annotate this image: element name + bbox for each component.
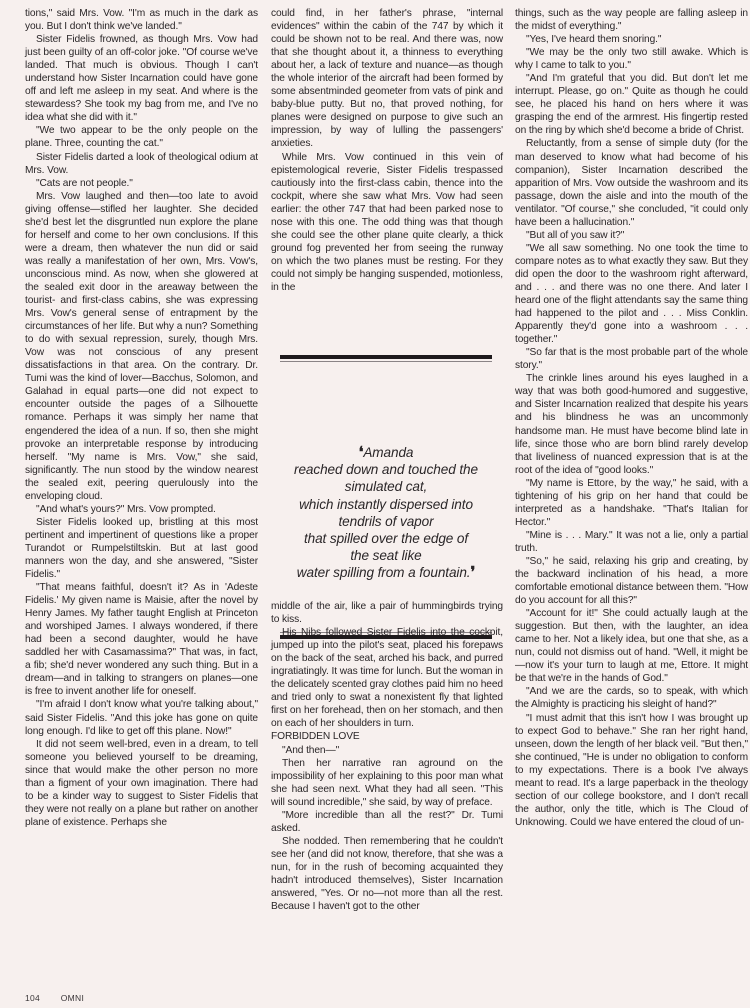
close-quote-icon: ❜	[470, 564, 475, 581]
pull-quote-line: tendrils of vapor	[338, 514, 433, 529]
text-column-1: tions," said Mrs. Vow. "I'm as much in t…	[25, 7, 258, 829]
paragraph: Then her narrative ran aground on the im…	[271, 757, 503, 809]
paragraph: Sister Fidelis darted a look of theologi…	[25, 151, 258, 177]
pull-quote-line: simulated cat,	[345, 479, 427, 494]
paragraph: While Mrs. Vow continued in this vein of…	[271, 151, 503, 295]
paragraph: "We may be the only two still awake. Whi…	[515, 46, 748, 72]
paragraph: "I must admit that this isn't how I was …	[515, 712, 748, 829]
paragraph: Reluctantly, from a sense of simple duty…	[515, 137, 748, 228]
pull-quote-line: water spilling from a fountain.	[297, 565, 471, 580]
section-subhead: Forbidden Love	[271, 730, 503, 743]
paragraph: "Mine is . . . Mary." It was not a lie, …	[515, 529, 748, 555]
paragraph: "And we are the cards, so to speak, with…	[515, 685, 748, 711]
paragraph: Mrs. Vow laughed and then—too late to av…	[25, 190, 258, 503]
pull-quote-rule-top	[280, 355, 492, 359]
paragraph: "And then—"	[271, 744, 503, 757]
paragraph: "Cats are not people."	[25, 177, 258, 190]
magazine-name: OMNI	[61, 993, 84, 1003]
pull-quote-line: that spilled over the edge of	[304, 531, 468, 546]
paragraph: "My name is Ettore, by the way," he said…	[515, 477, 748, 529]
paragraph: middle of the air, like a pair of hummin…	[271, 600, 503, 626]
paragraph: "We two appear to be the only people on …	[25, 124, 258, 150]
paragraph: Sister Fidelis looked up, bristling at t…	[25, 516, 258, 581]
paragraph: "And what's yours?" Mrs. Vow prompted.	[25, 503, 258, 516]
paragraph: Sister Fidelis frowned, as though Mrs. V…	[25, 33, 258, 124]
paragraph: She nodded. Then remembering that he cou…	[271, 835, 503, 913]
paragraph: The crinkle lines around his eyes laughe…	[515, 372, 748, 476]
paragraph: "We all saw something. No one took the t…	[515, 242, 748, 346]
folio: 104 OMNI	[25, 993, 102, 1003]
paragraph: "So," he said, relaxing his grip and cre…	[515, 555, 748, 607]
paragraph: "And I'm grateful that you did. But don'…	[515, 72, 748, 137]
paragraph: tions," said Mrs. Vow. "I'm as much in t…	[25, 7, 258, 33]
paragraph: "More incredible than all the rest?" Dr.…	[271, 809, 503, 835]
pull-quote-line: which instantly dispersed into	[299, 497, 473, 512]
text-column-2-bottom: middle of the air, like a pair of hummin…	[271, 600, 503, 913]
text-column-2-top: could find, in her father's phrase, "int…	[271, 7, 503, 294]
pull-quote-line: reached down and touched the	[294, 462, 478, 477]
magazine-page: tions," said Mrs. Vow. "I'm as much in t…	[0, 0, 750, 1008]
paragraph: "But all of you saw it?"	[515, 229, 748, 242]
pull-quote-line: the seat like	[350, 548, 421, 563]
paragraph: "So far that is the most probable part o…	[515, 346, 748, 372]
paragraph: It did not seem well-bred, even in a dre…	[25, 738, 258, 829]
pull-quote-line: Amanda	[363, 445, 413, 460]
paragraph: "I'm afraid I don't know what you're tal…	[25, 698, 258, 737]
page-number: 104	[25, 993, 40, 1003]
pull-quote: ❛Amanda reached down and touched the sim…	[280, 355, 492, 639]
paragraph: "Yes, I've heard them snoring."	[515, 33, 748, 46]
pull-quote-text: ❛Amanda reached down and touched the sim…	[280, 362, 492, 632]
text-column-3: things, such as the way people are falli…	[515, 7, 748, 829]
paragraph: "Account for it!" She could actually lau…	[515, 607, 748, 685]
paragraph: His Nibs followed Sister Fidelis into th…	[271, 626, 503, 730]
paragraph: could find, in her father's phrase, "int…	[271, 7, 503, 151]
paragraph: things, such as the way people are falli…	[515, 7, 748, 33]
paragraph: "That means faithful, doesn't it? As in …	[25, 581, 258, 698]
